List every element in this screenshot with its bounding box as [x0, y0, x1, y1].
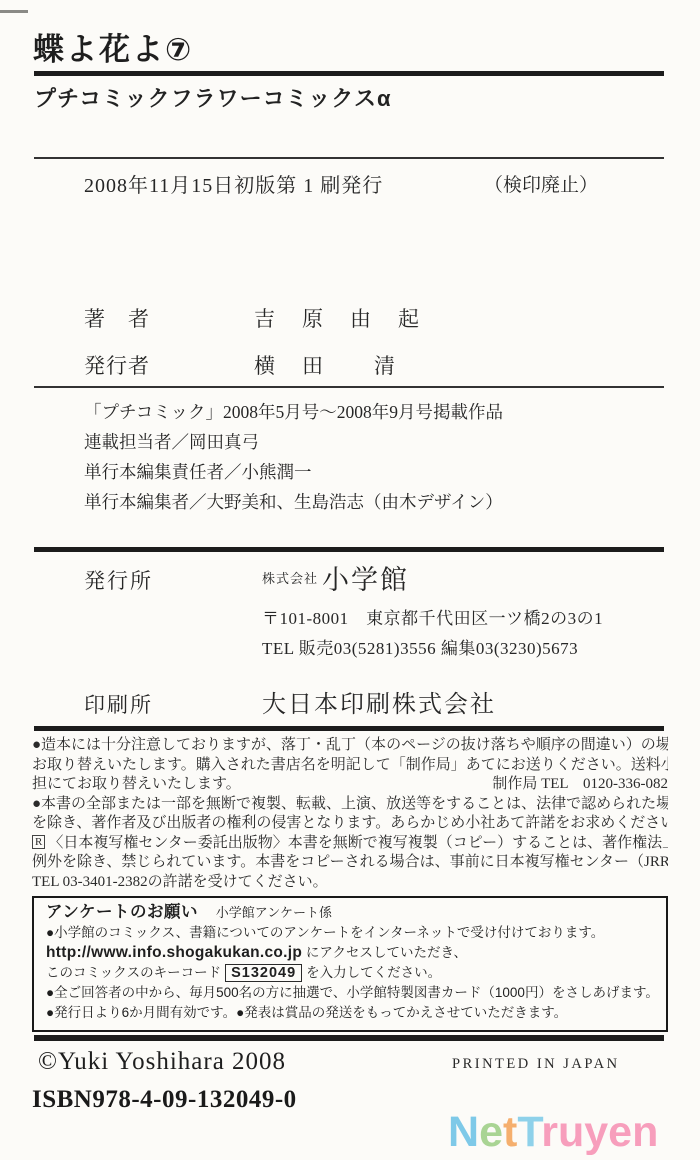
defect-notice-line2: お取り替えいたします。購入された書店名を明記して「制作局」あてにお送りください。… [32, 756, 668, 776]
author-label: 著 者 [84, 303, 150, 333]
page-title: 蝶よ花よ⑦ [33, 24, 193, 69]
survey-url-line: http://www.info.shogakukan.co.jp にアクセスして… [46, 943, 654, 963]
publisher-phone: TEL 販売03(5281)3556 編集03(3230)5673 [262, 634, 578, 659]
keycode-value: S132049 [225, 964, 302, 982]
jrrc-notice-line2: 例外を除き、禁じられています。本書をコピーされる場合は、事前に日本複写権センター… [32, 853, 668, 873]
jrrc-notice-line3: TEL 03-3401-2382の許諾を受けてください。 [32, 873, 668, 893]
colophon-page: 蝶よ花よ⑦ プチコミックフラワーコミックスα 2008年11月15日初版第 1 … [0, 0, 700, 1160]
author-name: 吉 原 由 起 [254, 303, 422, 333]
issuer-label: 発行者 [84, 350, 150, 380]
survey-intro: ●小学館のコミックス、書籍についてのアンケートをインターネットで受け付けておりま… [46, 923, 654, 943]
divider-publisher [34, 547, 664, 552]
divider-edition [34, 157, 664, 159]
watermark-letter: n [632, 1108, 658, 1156]
reproduction-rights-icon: R [32, 835, 45, 849]
jrrc-notice-line1-text: 〈日本複写権センター委託出版物〉本書を無断で複写複製（コピー）することは、著作権… [48, 835, 668, 851]
divider-notices [34, 726, 664, 731]
printed-in-japan: PRINTED IN JAPAN [452, 1056, 620, 1073]
serialization-block: 「プチコミック」2008年5月号～2008年9月号掲載作品 連載担当者／岡田真弓… [84, 397, 503, 517]
copyright-line: ©Yuki Yoshihara 2008 [38, 1048, 286, 1076]
watermark-letter: e [479, 1108, 503, 1156]
survey-url: http://www.info.shogakukan.co.jp [46, 944, 302, 961]
printer-label: 印刷所 [84, 689, 153, 719]
edition-date: 2008年11月15日初版第 1 刷発行 [84, 169, 383, 198]
watermark-letter: t [503, 1108, 517, 1156]
defect-notice-line1: ●造本には十分注意しておりますが、落丁・乱丁（本のページの抜け落ちや順序の間違い… [32, 736, 668, 756]
serialization-editor: 連載担当者／岡田真弓 [84, 427, 503, 457]
tankobon-editors: 単行本編集者／大野美和、生島浩志（由木デザイン） [84, 487, 503, 517]
printer-name: 大日本印刷株式会社 [262, 684, 496, 719]
isbn-number: ISBN978-4-09-132049-0 [32, 1086, 297, 1114]
serialization-source: 「プチコミック」2008年5月号～2008年9月号掲載作品 [84, 397, 503, 427]
watermark-letter: e [608, 1108, 632, 1156]
watermark-letter: u [558, 1108, 584, 1156]
inspection-note: （検印廃止） [484, 170, 598, 197]
survey-title: アンケートのお願い [46, 903, 198, 921]
scan-artifact [0, 10, 28, 13]
survey-keycode-line: このコミックスのキーコードS132049を入力してください。 [46, 963, 654, 983]
watermark-letter: N [448, 1108, 479, 1156]
publisher-address: 〒101-8001 東京都千代田区一ツ橋2の3の1 [262, 604, 603, 629]
series-label: プチコミックフラワーコミックスα [34, 82, 392, 113]
jrrc-notice-line1: R〈日本複写権センター委託出版物〉本書を無断で複写複製（コピー）することは、著作… [32, 834, 668, 854]
corporation-name: 小学館 [322, 565, 409, 595]
production-dept-phone: 制作局 TEL 0120-336-082 [492, 775, 668, 795]
survey-dept: 小学館アンケート係 [216, 905, 332, 920]
publishing-house-name: 株式会社 小学館 [262, 558, 409, 597]
keycode-prefix: このコミックスのキーコード [46, 965, 221, 980]
tankobon-chief-editor: 単行本編集責任者／小熊潤一 [84, 457, 503, 487]
defect-notice-line3-text: 担にてお取り替えいたします。 [32, 775, 241, 795]
survey-url-suffix: にアクセスしていただき、 [302, 945, 467, 960]
survey-validity-line: ●発行日より6か月間有効です。●発表は賞品の発送をもってかえさせていただきます。 [46, 1003, 654, 1023]
survey-prize-line: ●全ご回答者の中から、毎月500名の方に抽選で、小学館特製図書カード（1000円… [46, 983, 654, 1003]
divider-serialization [34, 386, 664, 388]
copyright-notice-line1: ●本書の全部または一部を無断で複製、転載、上演、放送等をすることは、法律で認めら… [32, 795, 668, 815]
issuer-name: 横 田 清 [254, 350, 398, 380]
survey-header: アンケートのお願い 小学館アンケート係 [46, 902, 654, 923]
watermark-letter: r [541, 1108, 558, 1156]
keycode-suffix: を入力してください。 [306, 965, 441, 980]
watermark-letter: y [584, 1108, 608, 1156]
publishing-house-label: 発行所 [84, 565, 153, 595]
nettruyen-watermark: NetTruyen [448, 1108, 658, 1157]
copyright-notice-line2: を除き、著作者及び出版者の権利の侵害となります。あらかじめ小社あて許諾をお求めく… [32, 814, 668, 834]
watermark-letter: T [517, 1108, 541, 1156]
divider-footer [34, 1035, 664, 1041]
survey-box: アンケートのお願い 小学館アンケート係 ●小学館のコミックス、書籍についてのアン… [32, 896, 668, 1032]
legal-notices: ●造本には十分注意しておりますが、落丁・乱丁（本のページの抜け落ちや順序の間違い… [32, 736, 668, 892]
divider-title [34, 71, 664, 76]
defect-notice-line3: 担にてお取り替えいたします。 制作局 TEL 0120-336-082 [32, 775, 668, 795]
corporation-prefix: 株式会社 [262, 571, 318, 586]
